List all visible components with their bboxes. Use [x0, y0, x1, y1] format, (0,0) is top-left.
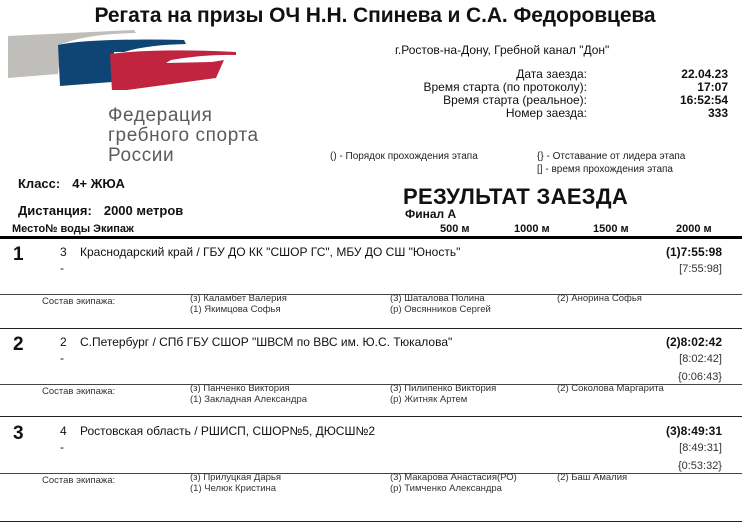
finish-time: (3)8:49:31 — [666, 424, 722, 438]
crew-label: Состав экипажа: — [42, 475, 115, 486]
header-divider — [0, 236, 742, 239]
legend-order: () - Порядок прохождения этапа — [330, 151, 478, 163]
split-time: [8:02:42] — [679, 352, 722, 366]
column-header-1500: 1500 м — [593, 223, 629, 236]
crew-divider — [0, 473, 742, 474]
crew-member: (р) Житняк Артем — [390, 394, 467, 405]
final-label: Финал А — [405, 207, 456, 221]
place: 3 — [13, 424, 24, 444]
race-date-label: Дата заезда: — [516, 67, 587, 81]
result-title: РЕЗУЛЬТАТ ЗАЕЗДА — [403, 185, 628, 209]
column-header-2000: 2000 м — [676, 223, 712, 236]
place: 1 — [13, 245, 24, 265]
distance-value: 2000 метров — [104, 203, 183, 218]
crew-member: (р) Тимченко Александра — [390, 483, 502, 494]
federation-logo-icon — [6, 30, 246, 90]
crew-name: Ростовская область / РШИСП, СШОР№5, ДЮСШ… — [80, 424, 375, 438]
crew-member: (з) Прилуцкая Дарья — [190, 472, 281, 483]
race-number-value: 333 — [708, 106, 728, 120]
crew-member: (1) Челюк Кристина — [190, 483, 276, 494]
race-number-label: Номер заезда: — [506, 106, 587, 120]
crew-member: (2) Анорина Софья — [557, 293, 642, 304]
split-time: [8:49:31] — [679, 441, 722, 455]
crew-member: (2) Баш Амалия — [557, 472, 627, 483]
federation-name-line-1: Федерация — [108, 106, 213, 125]
boat-class: Класс:4+ ЖЮА — [18, 176, 125, 191]
distance: Дистанция:2000 метров — [18, 203, 183, 218]
crew-member: (3) Макарова Анастасия(РО) — [390, 472, 517, 483]
column-header-left: Место№ воды Экипаж — [12, 223, 134, 236]
crew-member: (з) Панченко Виктория — [190, 383, 290, 394]
start-time-real-value: 16:52:54 — [680, 93, 728, 107]
crew-member: (2) Соколова Маргарита — [557, 383, 664, 394]
legend-time: [] - время прохождения этапа — [537, 164, 673, 176]
start-time-protocol-value: 17:07 — [697, 80, 728, 94]
dash: - — [60, 351, 64, 365]
distance-label: Дистанция: — [18, 203, 92, 218]
start-time-protocol-label: Время старта (по протоколу): — [424, 80, 588, 94]
crew-label: Состав экипажа: — [42, 386, 115, 397]
boat-class-label: Класс: — [18, 176, 60, 191]
dash: - — [60, 440, 64, 454]
gap-to-leader: {0:06:43} — [678, 370, 722, 384]
legend-gap: {} - Отставание от лидера этапа — [537, 151, 685, 163]
boat-class-value: 4+ ЖЮА — [72, 176, 125, 191]
crew-name: Краснодарский край / ГБУ ДО КК "СШОР ГС"… — [80, 245, 460, 259]
lane-number: 2 — [60, 335, 67, 349]
crew-label: Состав экипажа: — [42, 296, 115, 307]
venue: г.Ростов-на-Дону, Гребной канал "Дон" — [395, 43, 609, 57]
split-time: [7:55:98] — [679, 262, 722, 276]
row-divider — [0, 521, 742, 522]
crew-member: (з) Каламбет Валерия — [190, 293, 287, 304]
finish-time: (2)8:02:42 — [666, 335, 722, 349]
crew-member: (р) Овсянников Сергей — [390, 304, 491, 315]
finish-time: (1)7:55:98 — [666, 245, 722, 259]
start-time-real-label: Время старта (реальное): — [443, 93, 587, 107]
crew-name: С.Петербург / СПб ГБУ СШОР "ШВСМ по ВВС … — [80, 335, 452, 349]
federation-name-line-2: гребного спорта — [108, 126, 259, 145]
gap-to-leader: {0:53:32} — [678, 459, 722, 473]
column-header-1000: 1000 м — [514, 223, 550, 236]
place: 2 — [13, 335, 24, 355]
federation-name-line-3: России — [108, 146, 174, 165]
regatta-title: Регата на призы ОЧ Н.Н. Спинева и С.А. Ф… — [0, 4, 750, 28]
lane-number: 3 — [60, 245, 67, 259]
crew-member: (3) Шаталова Полина — [390, 293, 485, 304]
lane-number: 4 — [60, 424, 67, 438]
row-divider — [0, 328, 742, 329]
race-date-value: 22.04.23 — [681, 67, 728, 81]
crew-member: (3) Пилипенко Виктория — [390, 383, 496, 394]
column-header-500: 500 м — [440, 223, 470, 236]
dash: - — [60, 261, 64, 275]
row-divider — [0, 416, 742, 417]
crew-member: (1) Якимцова Софья — [190, 304, 281, 315]
crew-member: (1) Закладная Александра — [190, 394, 307, 405]
